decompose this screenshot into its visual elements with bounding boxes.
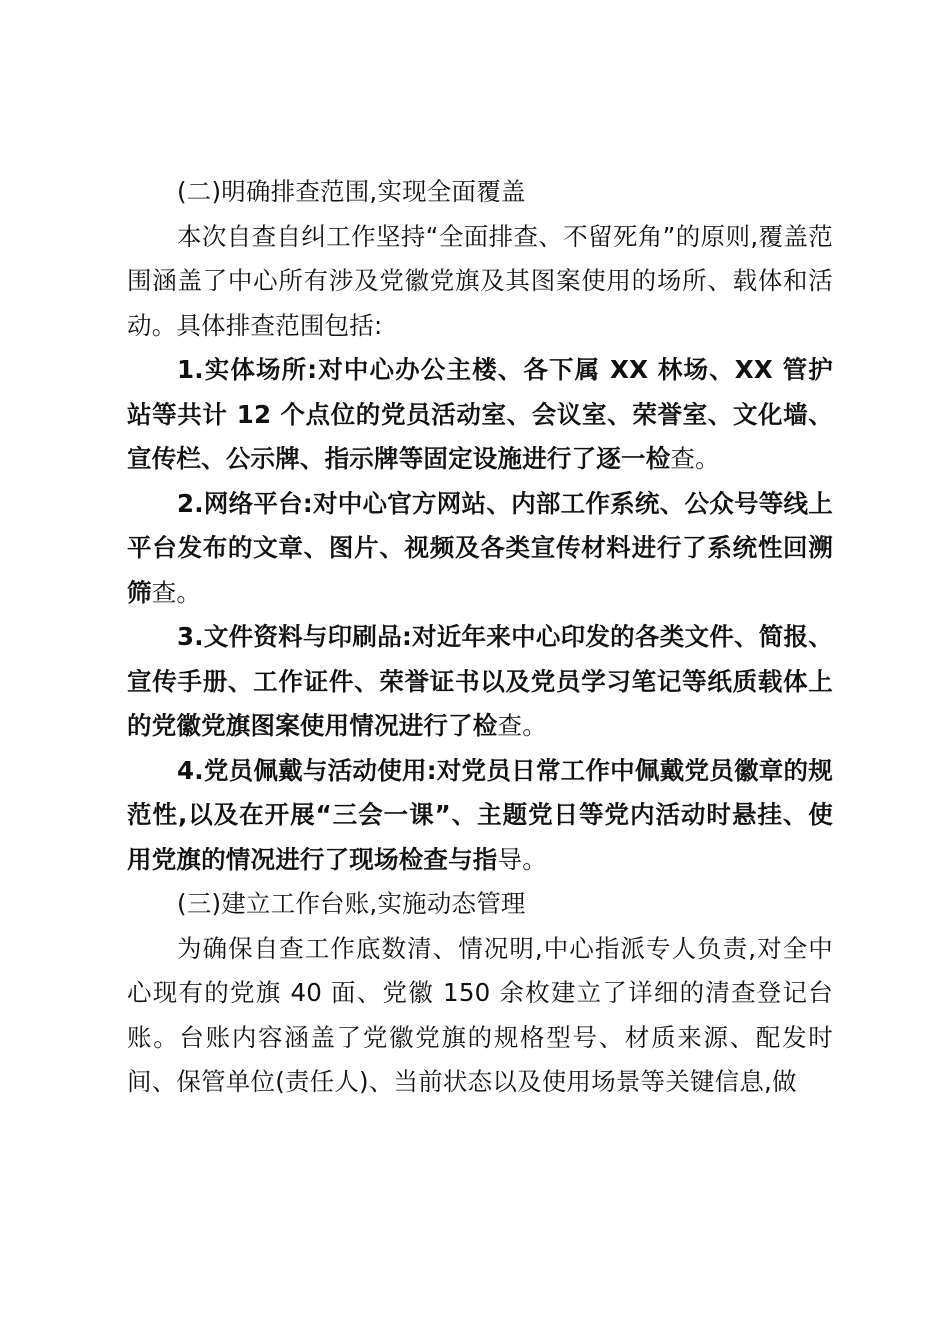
section-heading-2: (二)明确排查范围,实现全面覆盖	[127, 170, 833, 215]
scope-item-tail: 导。	[498, 845, 547, 874]
scope-item-text: 4.党员佩戴与活动使用:对党员日常工作中佩戴党员徽章的规范性,以及在开展“三会一…	[127, 756, 833, 874]
scope-item-physical-sites: 1.实体场所:对中心办公主楼、各下属 XX 林场、XX 管护站等共计 12 个点…	[127, 348, 833, 482]
document-page: (二)明确排查范围,实现全面覆盖 本次自查自纠工作坚持“全面排查、不留死角”的原…	[127, 170, 833, 1105]
scope-item-text: 1.实体场所:对中心办公主楼、各下属 XX 林场、XX 管护站等共计 12 个点…	[127, 355, 833, 473]
scope-item-online-platforms: 2.网络平台:对中心官方网站、内部工作系统、公众号等线上平台发布的文章、图片、视…	[127, 482, 833, 616]
scope-item-member-wearing: 4.党员佩戴与活动使用:对党员日常工作中佩戴党员徽章的规范性,以及在开展“三会一…	[127, 749, 833, 883]
section-heading-3: (三)建立工作台账,实施动态管理	[127, 882, 833, 927]
scope-item-tail: 查。	[152, 578, 201, 607]
intro-paragraph: 本次自查自纠工作坚持“全面排查、不留死角”的原则,覆盖范围涵盖了中心所有涉及党徽…	[127, 215, 833, 349]
scope-item-text: 2.网络平台:对中心官方网站、内部工作系统、公众号等线上平台发布的文章、图片、视…	[127, 489, 833, 607]
scope-item-tail: 查。	[498, 711, 547, 740]
ledger-paragraph: 为确保自查工作底数清、情况明,中心指派专人负责,对全中心现有的党旗 40 面、党…	[127, 927, 833, 1105]
scope-item-documents-print: 3.文件资料与印刷品:对近年来中心印发的各类文件、简报、宣传手册、工作证件、荣誉…	[127, 615, 833, 749]
scope-item-text: 3.文件资料与印刷品:对近年来中心印发的各类文件、简报、宣传手册、工作证件、荣誉…	[127, 622, 833, 740]
scope-item-tail: 查。	[670, 444, 719, 473]
